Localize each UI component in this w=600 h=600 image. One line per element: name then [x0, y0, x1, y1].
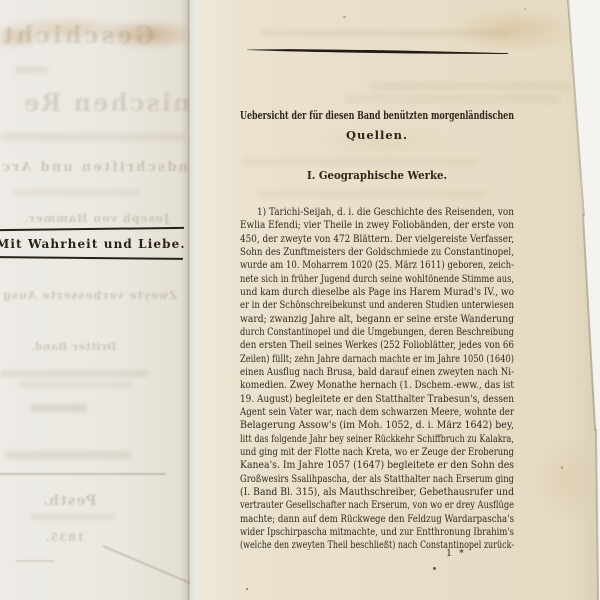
chapter-heading-line1: Uebersicht der für diesen Band benützten… [240, 108, 514, 123]
paragraph-line-text: (welche den zweyten Theil beschließt) na… [240, 539, 514, 552]
paragraph-line-text: vertrauter Gesellschafter nach Erserum, … [240, 499, 514, 512]
page-edge-shading [564, 0, 600, 600]
showthrough-smudge [370, 82, 570, 90]
paragraph-line: Kanea's. Im Jahre 1057 (1647) begleitete… [240, 459, 514, 472]
showthrough-title-fragment2: smanischen Re [22, 88, 190, 117]
paragraph-line-text: 19. August) begleitete er den Statthalte… [240, 393, 514, 406]
chapter-heading-line2: Quellen. [240, 128, 514, 142]
showthrough-smudge [260, 30, 510, 37]
paragraph-line: Sohn des Zunftmeisters der Goldschmiede … [240, 246, 514, 259]
paragraph-line-text: nete sich in früher Jugend durch seine w… [240, 273, 514, 286]
showthrough-year: 1835. [45, 531, 84, 544]
paragraph-line: komedien. Zwey Monathe hernach (1. Dsche… [240, 379, 514, 392]
paragraph-line: Belagerung Assow's (im Moh. 1052, d. i. … [240, 419, 514, 432]
paragraph-line-text: den ersten Theil seines Werkes (252 Foli… [240, 339, 514, 352]
showthrough-title-fragment: Geschichte [0, 22, 155, 49]
paragraph-line: wurde am 10. Moharrem 1020 (25. März 161… [240, 259, 514, 272]
book-photo: Geschichte smanischen Re andschriften un… [0, 0, 600, 600]
paragraph-line: den ersten Theil seines Werkes (252 Foli… [240, 339, 514, 352]
paragraph-line-text: 1) Tarichi-Seijah, d. i. die Geschichte … [257, 206, 514, 219]
showthrough-edition: Zweyte verbesserte Ausg [2, 289, 177, 302]
paragraph-line-text: Sohn des Zunftmeisters der Goldschmiede … [240, 246, 514, 259]
showthrough-smudge [258, 190, 486, 198]
foxing-speck [561, 466, 563, 469]
paragraph-line: und ging mit der Flotte nach Kreta, wo e… [240, 446, 514, 459]
paragraph-line-text: durch Constantinopel und die Umgebungen,… [240, 326, 514, 339]
paragraph-line-text: er in der Schönschreibekunst und anderen… [240, 299, 514, 312]
paragraph-line-text: litt das folgende Jahr bey seiner Rückke… [240, 433, 514, 446]
paragraph-line: machte; dann auf dem Rückwege den Feldzu… [240, 513, 514, 526]
foxing-speck [524, 8, 526, 10]
paragraph-line-text: Großwesirs Ssalihpascha, der als Stattha… [240, 473, 514, 486]
section-heading-text: I. Geographische Werke. [307, 169, 447, 182]
section-heading: I. Geographische Werke. [240, 169, 514, 183]
paragraph-line-text: Zeilen) füllt; zehn Jahre darnach machte… [240, 353, 514, 366]
section-heading-wrap: I. Geographische Werke. [307, 169, 447, 182]
paragraph-line: durch Constantinopel und die Umgebungen,… [240, 326, 514, 339]
paragraph-line: er in der Schönschreibekunst und anderen… [240, 299, 514, 312]
showthrough-smudge [345, 95, 560, 103]
paragraph-line: Großwesirs Ssalihpascha, der als Stattha… [240, 473, 514, 486]
showthrough-place: Pesth. [42, 493, 96, 509]
showthrough-subtitle-fragment: andschriften und Arc [0, 160, 190, 175]
paragraph-line: Ewlia Efendi; vier Theile in zwey Foliob… [240, 219, 514, 232]
gutter-fold-line [188, 0, 189, 600]
paragraph-line: nete sich in früher Jugend durch seine w… [240, 273, 514, 286]
showthrough-smudge [30, 404, 88, 412]
showthrough-smudge [0, 133, 185, 141]
paragraph-line-text: Agent sein Vater war, nach dem schwarzen… [240, 406, 514, 419]
foxing-speck [246, 588, 248, 590]
paragraph-line-text: einen Ausflug nach Brusa, bald darauf ei… [240, 366, 514, 379]
page-signature-mark: 1 * [446, 548, 466, 559]
paragraph-line: (I. Band Bl. 315), als Mauthschreiber, G… [240, 486, 514, 499]
showthrough-smudge [14, 66, 48, 74]
paragraph-line-text: ward; zwanzig Jahre alt, begann er seine… [240, 313, 514, 326]
paragraph-line: wider Ipschirpascha mitmachte, und zur E… [240, 526, 514, 539]
foxing-speck [343, 16, 346, 18]
paragraph-line: litt das folgende Jahr bey seiner Rückke… [240, 433, 514, 446]
foxing-speck [433, 567, 436, 570]
paragraph-line-text: und kam durch dieselbe als Page ins Hare… [240, 286, 514, 299]
showthrough-smudge [5, 451, 131, 459]
paragraph-line: 450, der zweyte von 472 Blättern. Der vi… [240, 233, 514, 246]
chapter-heading: Uebersicht der für diesen Band benützten… [240, 108, 514, 123]
showthrough-smudge [18, 382, 133, 388]
motto-rule-bottom [0, 256, 183, 259]
showthrough-author: Joseph von Hammer. [24, 212, 169, 225]
paragraph-line-text: Belagerung Assow's (im Moh. 1052, d. i. … [240, 419, 514, 432]
paragraph-line: vertrauter Gesellschafter nach Erserum, … [240, 499, 514, 512]
paragraph-line-text: (I. Band Bl. 315), als Mauthschreiber, G… [240, 486, 514, 499]
paragraph-line: 1) Tarichi-Seijah, d. i. die Geschichte … [240, 206, 514, 219]
page-corner-edge [102, 545, 190, 593]
motto-rule-top [0, 227, 184, 231]
paragraph-line: ward; zwanzig Jahre alt, begann er seine… [240, 313, 514, 326]
paragraph-line-text: wurde am 10. Moharrem 1020 (25. März 161… [240, 259, 514, 272]
paragraph-line: einen Ausflug nach Brusa, bald darauf ei… [240, 366, 514, 379]
paragraph-line-text: Kanea's. Im Jahre 1057 (1647) begleitete… [240, 459, 514, 472]
showthrough-smudge [0, 370, 150, 377]
paragraph-line-text: wider Ipschirpascha mitmachte, und zur E… [240, 526, 514, 539]
showthrough-rule [0, 473, 166, 475]
paragraph-line-text: Ewlia Efendi; vier Theile in zwey Foliob… [240, 219, 514, 232]
showthrough-smudge [12, 189, 140, 196]
showthrough-rule-short [16, 560, 54, 562]
paragraph-line: Agent sein Vater war, nach dem schwarzen… [240, 406, 514, 419]
paragraph-line-text: machte; dann auf dem Rückwege den Feldzu… [240, 513, 514, 526]
paragraph-line-text: 450, der zweyte von 472 Blättern. Der vi… [240, 233, 514, 246]
paragraph-line: (welche den zweyten Theil beschließt) na… [240, 539, 514, 552]
motto: Mit Wahrheit und Liebe. [0, 237, 186, 251]
paragraph-line-text: komedien. Zwey Monathe hernach (1. Dsche… [240, 379, 514, 392]
paragraph-line: 19. August) begleitete er den Statthalte… [240, 393, 514, 406]
right-page: Uebersicht der für diesen Band benützten… [200, 0, 600, 600]
showthrough-volume: Dritter Band. [30, 341, 116, 353]
paragraph-line: Zeilen) füllt; zehn Jahre darnach machte… [240, 353, 514, 366]
showthrough-smudge [30, 514, 115, 520]
body-paragraph: 1) Tarichi-Seijah, d. i. die Geschichte … [240, 206, 514, 553]
paragraph-line-text: und ging mit der Flotte nach Kreta, wo e… [240, 446, 514, 459]
left-page: Geschichte smanischen Re andschriften un… [0, 0, 190, 600]
paragraph-line: und kam durch dieselbe als Page ins Hare… [240, 286, 514, 299]
showthrough-smudge [242, 158, 480, 166]
